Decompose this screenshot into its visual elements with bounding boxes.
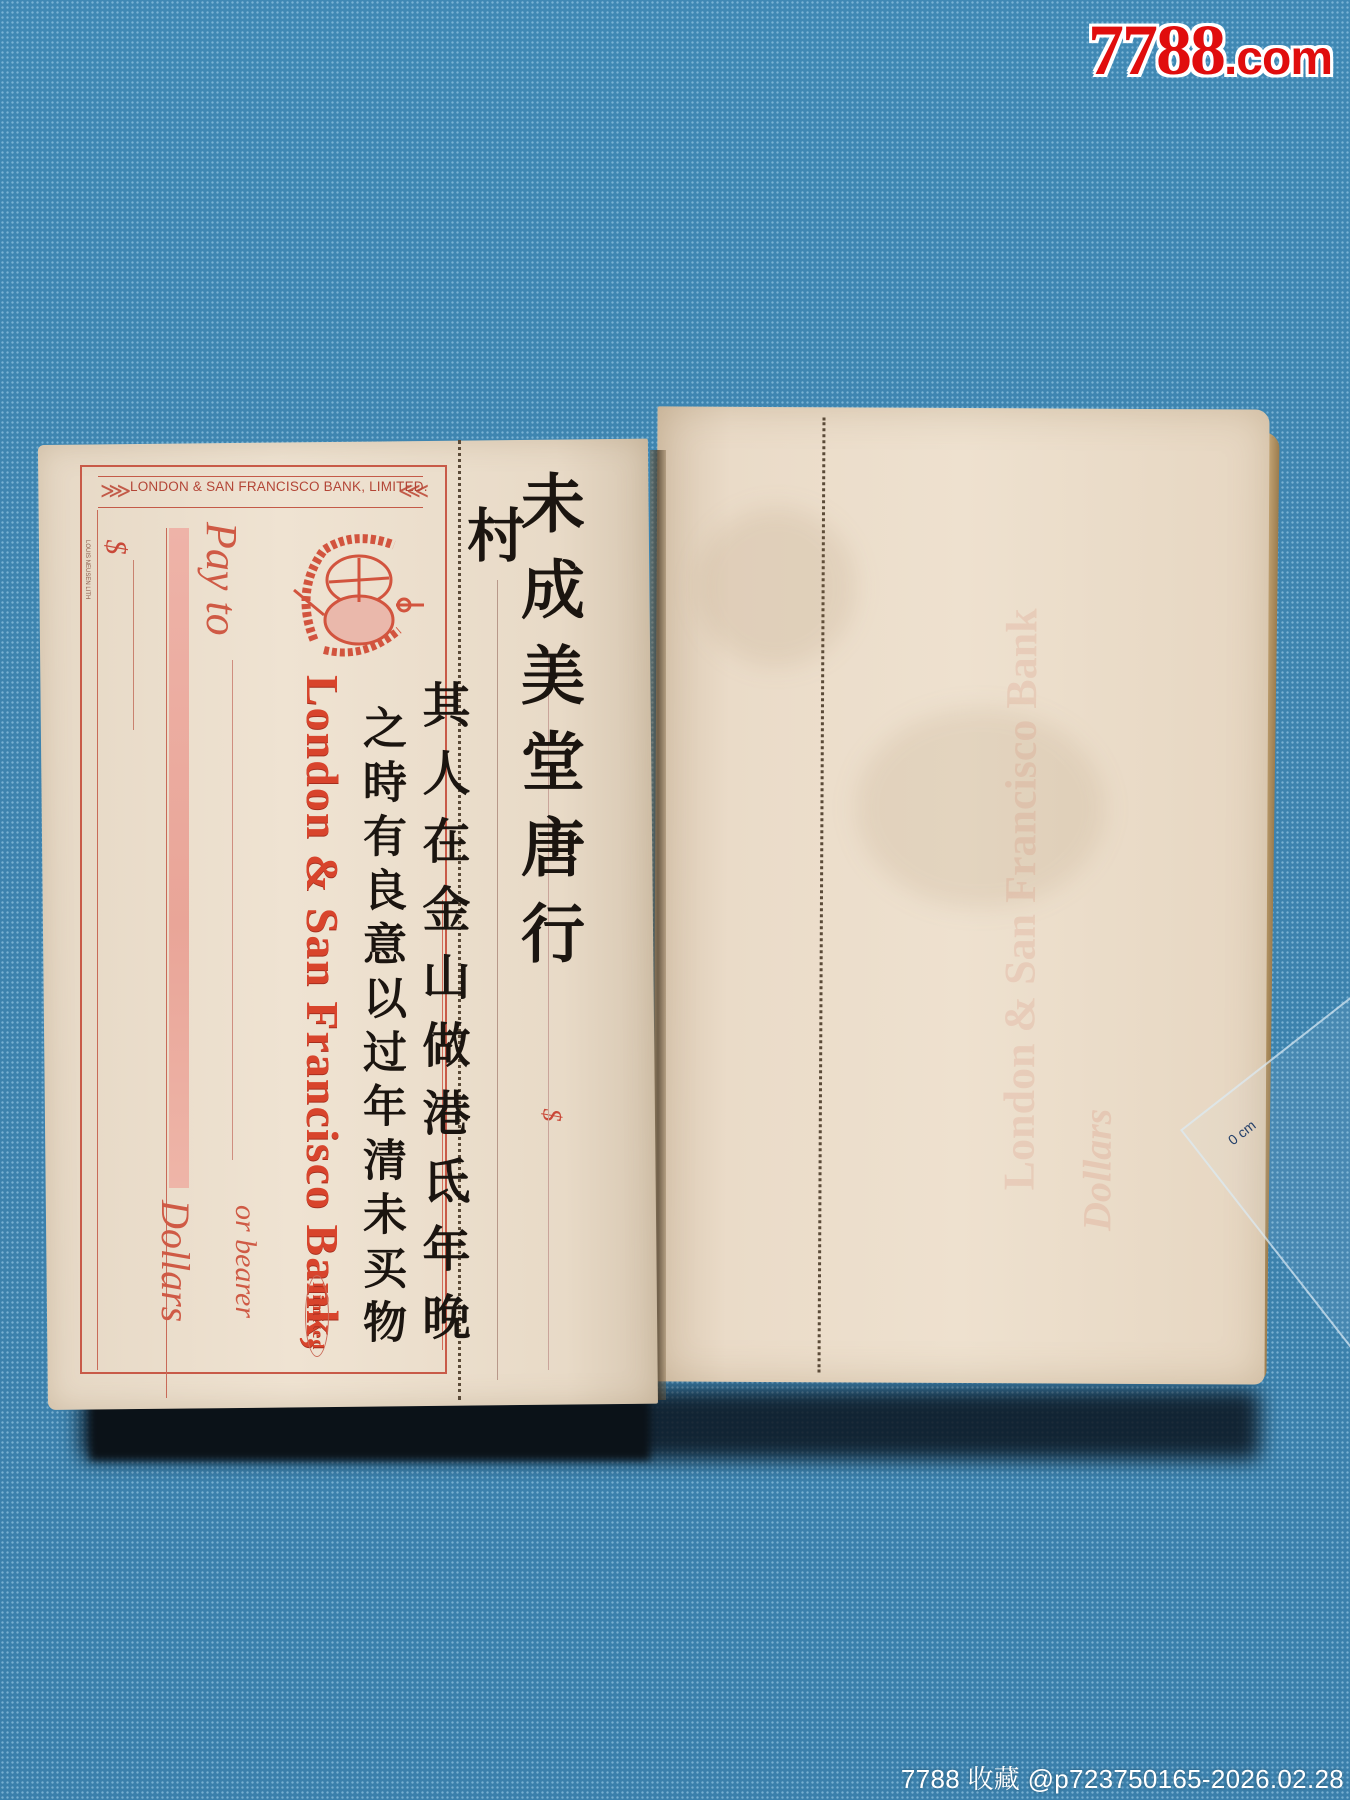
amount-dollar-icon: $ xyxy=(537,1109,567,1122)
printer-imprint: LOUIS NEUSEN LITH xyxy=(84,540,90,599)
rule-line xyxy=(497,580,498,1380)
cheque-inner-border xyxy=(97,510,98,1370)
photo-caption: 7788 收藏 @p723750165-2026.02.28 xyxy=(901,1759,1344,1796)
offset-print-bank-name: London & San Francisco Bank xyxy=(993,608,1047,1190)
payee-line xyxy=(232,660,233,1160)
stub-dollar-icon: $ xyxy=(99,540,133,555)
paper-stain xyxy=(855,707,1106,908)
handwriting-column-3: 其人在金山做港氐年晚 xyxy=(418,680,466,1360)
ornament-left-icon: ⋙ xyxy=(100,476,131,506)
bank-seal-icon xyxy=(284,520,434,670)
offset-print-dollars: Dollars xyxy=(1073,1109,1121,1231)
right-page: London & San Francisco Bank Dollars xyxy=(652,406,1269,1384)
amount-band xyxy=(169,528,189,1188)
page-stack-shadow xyxy=(90,1400,650,1460)
limited-seal: Limited xyxy=(305,1275,329,1357)
watermark-domain: .com xyxy=(1224,32,1332,85)
handwriting-column-2: 未成美堂唐行 xyxy=(515,470,579,986)
ruler-label: 0 cm xyxy=(1225,1117,1259,1148)
bank-name-gothic: London & San Francisco Bank, xyxy=(296,675,349,1351)
paper-stain xyxy=(696,507,857,668)
stub-line xyxy=(133,560,134,730)
site-watermark: 7788.com xyxy=(1088,14,1332,86)
cheque-bank-header: LONDON & SAN FRANCISCO BANK, LIMITED. xyxy=(130,479,400,494)
handwriting-column-4: 之時有良意以过年清未买物 xyxy=(358,705,402,1353)
or-bearer-label: or bearer xyxy=(228,1205,262,1318)
watermark-digits: 7788 xyxy=(1088,10,1224,90)
pay-to-label: Pay to xyxy=(196,522,247,636)
dollars-label: Dollars xyxy=(152,1200,199,1322)
